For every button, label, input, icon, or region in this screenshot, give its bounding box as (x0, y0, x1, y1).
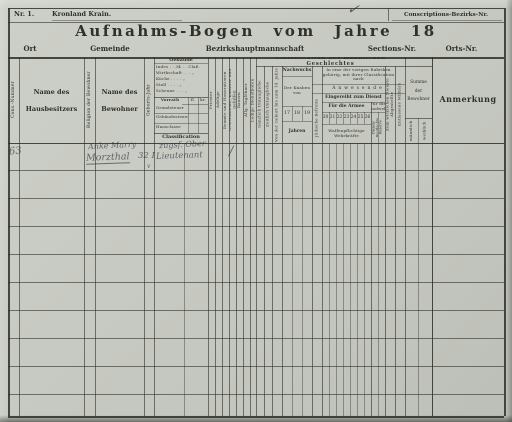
armee-alter: 25 (357, 112, 364, 124)
nachwuchs-header: Nachwuchs (282, 66, 312, 76)
grid-line (154, 57, 155, 416)
column-header-geburtsjahr: Geburts-Jahr (144, 57, 154, 143)
grid-line (336, 143, 337, 416)
entry-tally-stroke: / (229, 144, 233, 159)
grid-line (371, 102, 372, 416)
grid-line (378, 112, 379, 416)
armee-alter: 24 (350, 112, 357, 124)
conscriptions-bezirk-label: Conscriptions-Bezirks-Nr. (390, 10, 502, 20)
column-header-stand: Allg. Taglöhner (243, 59, 250, 141)
kronland-label: Kronland Krain. (52, 10, 182, 20)
grid-line (8, 170, 504, 171)
wehrkraefte-label: Waffenpflichtige Wehrkräfte (322, 124, 371, 143)
eingereiht-header: Eingereiht zum Dienst (322, 93, 385, 102)
armee-alter: 21 (329, 112, 336, 124)
orts-nr-label: Orts-Nr. (434, 43, 489, 55)
column-header-stand: Beamte und Honoratioren (222, 59, 229, 141)
anmerkung-header: Anmerkung (432, 57, 504, 143)
column-header-befreite: Jüdische Befreite (312, 93, 322, 143)
column-header-maennlich: männlich (405, 118, 418, 143)
knaben-alter: 19 (302, 106, 312, 121)
armee-alter: 26 (364, 112, 371, 124)
grid-line (357, 143, 358, 416)
grid-line (405, 66, 432, 67)
column-header-stand: Bauern (236, 59, 243, 141)
column-header-entlassene: Entlassene Militärs (395, 66, 405, 143)
classification-span-header: Classification des männlichen Geschlecht… (256, 57, 405, 66)
grid-line (504, 8, 506, 416)
grid-line (8, 226, 504, 227)
column-header-geburt-bis-14: Von der Geburt bis zum 14. Jahre (272, 66, 282, 143)
grid-line (350, 143, 351, 416)
entry-number: 32 I (138, 151, 155, 161)
grid-line (343, 143, 344, 416)
page-title: Aufnahms-Bogen vom Jahre 18 (60, 22, 452, 41)
knaben-alter: 18 (292, 106, 302, 121)
grid-line (8, 254, 504, 255)
steuer-row-label: Grundsteuer (156, 105, 188, 112)
column-header-religion: Religion der Bewohner (84, 57, 95, 143)
jahren-label: Jahren (282, 121, 312, 143)
armee-header: Für die Armee (322, 102, 371, 112)
armee-alter: 23 (343, 112, 350, 124)
entry-bewohner-name-line1: Anke Marry (88, 140, 137, 152)
column-header-reserve: Reserve (378, 112, 385, 143)
column-header-stand: Priester (208, 59, 215, 141)
grid-line (8, 394, 504, 395)
entry-v-mark: v (147, 163, 150, 170)
kr-column-label: kr. (198, 97, 208, 104)
knaben-alter: 17 (282, 106, 292, 121)
grid-line (392, 20, 502, 21)
landwehr-header: Für die Landwehr (371, 102, 385, 112)
bezirkshauptmannschaft-label: Bezirkshauptmannschaft (190, 43, 320, 55)
grid-line (302, 143, 303, 416)
column-header-untauglich-1: Gänzlich Untaugliche (256, 66, 264, 143)
entry-house-number: 63 (8, 145, 22, 157)
grid-line (52, 20, 182, 21)
grid-line (364, 143, 365, 416)
grid-line (184, 143, 185, 416)
gebaeude-box-title: Gebäude (154, 57, 208, 64)
grid-line (8, 366, 504, 367)
column-header-hausbesitzer: Name des Hausbesitzers (20, 64, 83, 138)
ort-label: Ort (10, 43, 50, 55)
summe-box-title: Summe der Bewohner (406, 68, 431, 116)
column-header-stand: Adelige (215, 59, 222, 141)
form-number-label: Nr. 1. (14, 10, 48, 20)
entry-bewohner-name-line2: Morzthal (86, 151, 130, 165)
grid-line (8, 282, 504, 283)
handwritten-checkmark: ✓ (346, 0, 361, 19)
entry-rank-line1: zugsf. Ober (159, 139, 206, 150)
grid-line (8, 143, 504, 144)
grid-line (388, 8, 389, 21)
column-header-cons-nummer: Cons.-Nummer (8, 57, 19, 143)
fl-column-label: fl. (188, 97, 198, 104)
knaben-von-label: Der Knaben von (283, 76, 311, 106)
grid-line (292, 143, 293, 416)
armee-alter: 22 (336, 112, 343, 124)
column-header-stand: Gewerbsleute, Künstler und Gehilfen (229, 59, 236, 141)
entry-rank-line2: Lieutenant (156, 150, 203, 162)
gemeinde-label: Gemeinde (75, 43, 145, 55)
grid-line (8, 338, 504, 339)
steuer-row-label: Gebäudesteuer (156, 114, 188, 121)
armee-alter: 20 (322, 112, 329, 124)
column-header-beurlaubte: Vom Präsenz-Dienste Beurlaubte (371, 112, 378, 143)
column-header-abgestellte: Zum wirklichen Dienste Abgestellte (385, 66, 395, 143)
grid-line (8, 310, 504, 311)
scanned-form-sheet: Nr. 1. Kronland Krain. ✓ Conscriptions-B… (0, 0, 512, 422)
sections-nr-label: Sections-Nr. (362, 43, 422, 55)
column-header-untauglich-2: Zeitlich Untaugliche (264, 66, 272, 143)
grid-line (418, 118, 419, 416)
gebaeude-row: Scheune . . . „ (156, 88, 206, 94)
vorrath-label: Vorrath (156, 97, 184, 104)
column-header-weiblich: weiblich (418, 118, 432, 143)
grid-line (329, 143, 330, 416)
grid-line (8, 198, 504, 199)
grid-line (8, 416, 504, 418)
steuer-row-label: Hausclasse (156, 124, 188, 131)
column-header-bewohner: Name des Bewohner (96, 64, 143, 138)
